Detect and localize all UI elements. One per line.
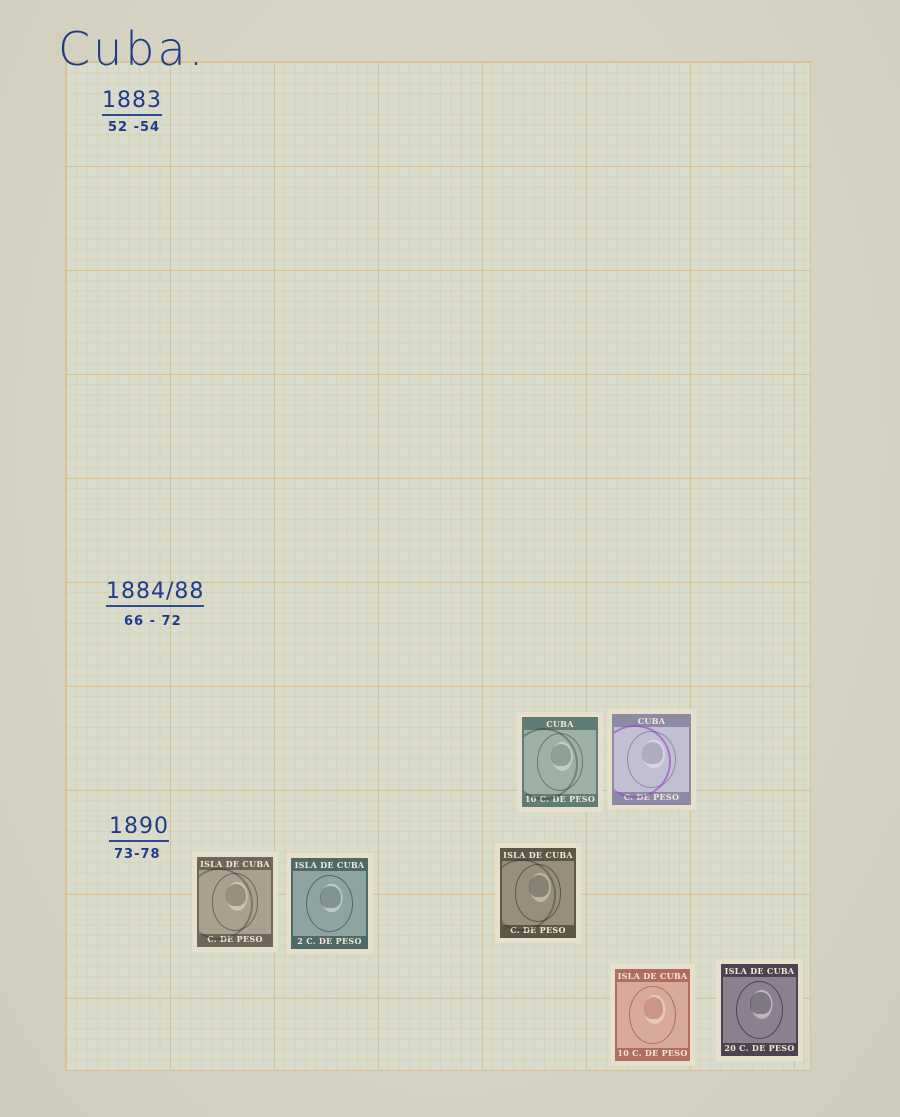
section-year-1883: 1883: [102, 88, 162, 116]
stamp-design: CUBAC. DE PESO: [612, 714, 691, 805]
stamp-country-label: ISLA DE CUBA: [293, 860, 366, 871]
stamp-design: ISLA DE CUBA10 C. DE PESO: [615, 969, 690, 1061]
page-title: Cuba.: [58, 22, 206, 76]
stamp: ISLA DE CUBA10 C. DE PESO: [610, 964, 695, 1066]
portrait-icon: [629, 986, 675, 1044]
catalogue-range-1883: 52 -54: [108, 120, 160, 135]
stamp-design: ISLA DE CUBA20 C. DE PESO: [721, 964, 798, 1056]
catalogue-range-1884-88: 66 - 72: [124, 614, 182, 629]
stamp-design: ISLA DE CUBA2 C. DE PESO: [291, 858, 368, 949]
stamp-value-label: 20 C. DE PESO: [723, 1043, 796, 1054]
stamp-value-label: 10 C. DE PESO: [617, 1048, 688, 1059]
portrait-icon: [736, 981, 783, 1039]
section-year-1884-88: 1884/88: [106, 579, 204, 607]
catalogue-range-1890: 73-78: [114, 847, 161, 862]
stamp: CUBA10 C. DE PESO: [517, 712, 603, 812]
graph-paper-grid: [66, 62, 810, 1070]
portrait-icon: [306, 875, 353, 933]
stamp-value-label: 2 C. DE PESO: [293, 936, 366, 947]
stamp: ISLA DE CUBA2 C. DE PESO: [286, 853, 373, 954]
stamp: ISLA DE CUBAC. DE PESO: [495, 843, 581, 943]
stamp-country-label: ISLA DE CUBA: [723, 966, 796, 977]
stamp: CUBAC. DE PESO: [607, 709, 696, 810]
stamp: ISLA DE CUBAC. DE PESO: [192, 852, 278, 952]
stamp-country-label: ISLA DE CUBA: [617, 971, 688, 982]
stamp-design: ISLA DE CUBAC. DE PESO: [500, 848, 576, 938]
stamp-design: CUBA10 C. DE PESO: [522, 717, 598, 807]
stamp: ISLA DE CUBA20 C. DE PESO: [716, 959, 803, 1061]
section-year-1890: 1890: [109, 814, 169, 842]
stamp-design: ISLA DE CUBAC. DE PESO: [197, 857, 273, 947]
